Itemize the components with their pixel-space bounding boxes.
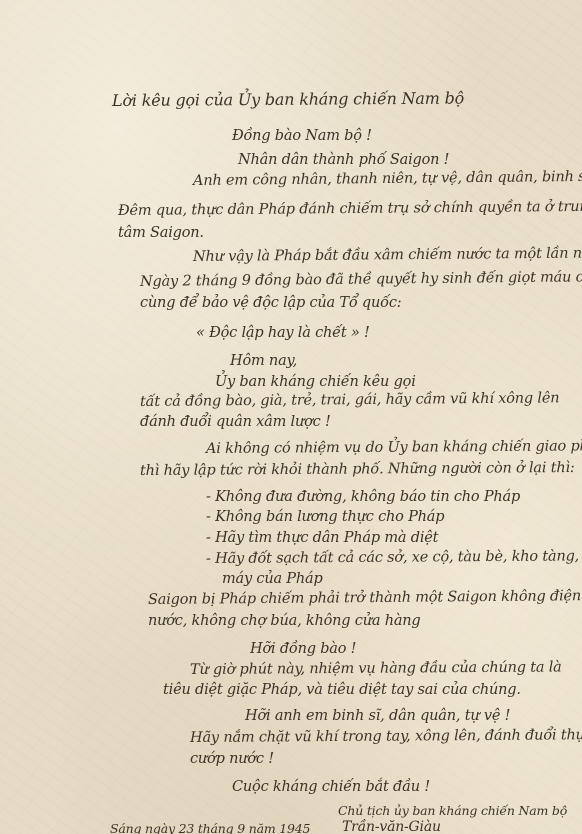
scanned-letter: Lời kêu gọi của Ủy ban kháng chiến Nam b…	[0, 0, 582, 834]
body-line: tiêu diệt giặc Pháp, và tiêu diệt tay sa…	[163, 681, 521, 699]
body-line: cùng để bảo vệ độc lập của Tổ quốc:	[140, 294, 401, 312]
body-line: Ai không có nhiệm vụ do Ủy ban kháng chi…	[206, 437, 582, 458]
salutation-saigon-people: Nhân dân thành phố Saigon !	[238, 151, 449, 169]
salutation-compatriots: Đồng bào Nam bộ !	[232, 127, 372, 145]
slogan: « Độc lập hay là chết » !	[196, 324, 370, 342]
directive-item: - Không bán lương thực cho Pháp	[206, 508, 444, 526]
body-line: Như vậy là Pháp bắt đầu xâm chiếm nước t…	[193, 244, 582, 266]
body-line: Hôm nay,	[230, 352, 297, 370]
body-line: thì hãy lập tức rời khỏi thành phố. Nhữn…	[140, 459, 575, 480]
body-line: Ngày 2 tháng 9 đồng bào đã thề quyết hy …	[140, 268, 582, 291]
salutation-workers-soldiers: Anh em công nhân, thanh niên, tự vệ, dân…	[193, 168, 582, 190]
body-line: tất cả đồng bào, già, trẻ, trai, gái, hã…	[140, 389, 559, 411]
directive-item: - Hãy đốt sạch tất cả các sở, xe cộ, tàu…	[206, 547, 582, 568]
body-line: tâm Saigon.	[118, 224, 204, 242]
directive-item: máy của Pháp	[222, 570, 323, 588]
body-line: Hỡi anh em binh sĩ, dân quân, tự vệ !	[245, 707, 510, 725]
body-line: Từ giờ phút này, nhiệm vụ hàng đầu của c…	[190, 658, 562, 679]
body-line: Hãy nắm chặt vũ khí trong tay, xông lên,…	[190, 726, 582, 747]
body-line: Saigon bị Pháp chiếm phải trở thành một …	[148, 587, 581, 609]
body-line: cướp nước !	[190, 750, 274, 768]
date-line: Sáng ngày 23 tháng 9 năm 1945	[110, 820, 310, 834]
body-line: đánh đuổi quân xâm lược !	[140, 413, 331, 431]
body-line: Ủy ban kháng chiến kêu gọi	[215, 373, 416, 391]
signatory-name: Trần-văn-Giàu	[342, 818, 441, 834]
body-line: Đêm qua, thực dân Pháp đánh chiếm trụ sở…	[118, 198, 582, 220]
directive-item: - Hãy tìm thực dân Pháp mà diệt	[206, 529, 438, 547]
body-line: Hỡi đồng bào !	[250, 640, 356, 658]
closing-line: Cuộc kháng chiến bắt đầu !	[232, 778, 430, 796]
body-line: nước, không chợ búa, không cửa hàng	[148, 612, 421, 630]
directive-item: - Không đưa đường, không báo tin cho Phá…	[206, 488, 520, 506]
document-title: Lời kêu gọi của Ủy ban kháng chiến Nam b…	[112, 90, 464, 110]
